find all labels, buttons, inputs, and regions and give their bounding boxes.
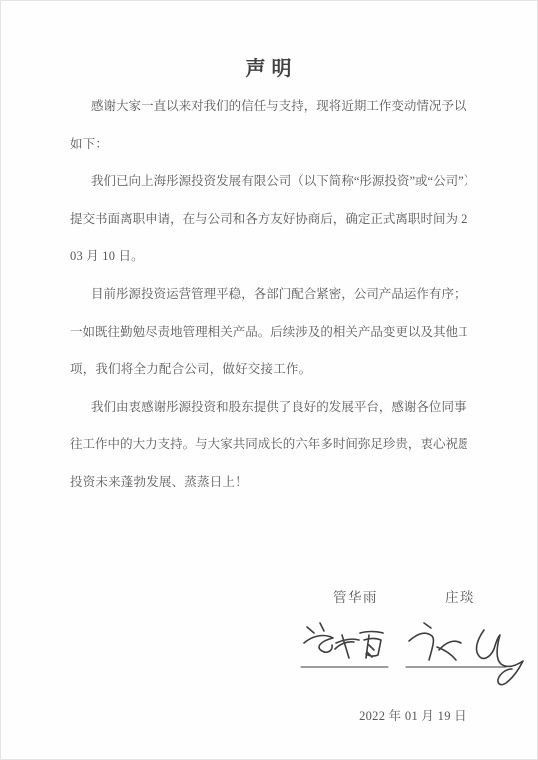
signature-zhuang-yan-image (404, 606, 534, 698)
statement-document-page: 声明 感谢大家一直以来对我们的信任与支持，现将近期工作变动情况予以说明 如下： … (0, 0, 538, 760)
document-title: 声明 (70, 52, 467, 81)
body-line: 03 月 10 日。 (70, 238, 467, 276)
signature-guan-huayu-image (296, 618, 396, 673)
body-line: 目前彤源投资运营管理平稳，各部门配合紧密，公司产品运作有序；我们 (70, 276, 467, 314)
body-line: 往工作中的大力支持。与大家共同成长的六年多时间弥足珍贵，衷心祝愿彤源 (70, 426, 467, 464)
document-date: 2022 年 01 月 19 日 (70, 706, 467, 724)
signer-name-zhuang-yan: 庄琰 (445, 586, 475, 606)
body-line: 项，我们将全力配合公司，做好交接工作。 (70, 351, 467, 389)
body-line: 投资未来蓬勃发展、蒸蒸日上！ (70, 464, 467, 502)
body-line: 我们已向上海彤源投资发展有限公司（以下简称“彤源投资”或“公司”） (70, 163, 467, 201)
body-line: 如下： (70, 126, 467, 164)
body-line: 一如既往勤勉尽责地管理相关产品。后续涉及的相关产品变更以及其他工作事 (70, 314, 467, 352)
body-line: 提交书面离职申请，在与公司和各方友好协商后，确定正式离职时间为 2022 年 (70, 201, 467, 239)
body-line: 感谢大家一直以来对我们的信任与支持，现将近期工作变动情况予以说明 (70, 88, 467, 126)
body-line: 我们由衷感谢彤源投资和股东提供了良好的发展平台，感谢各位同事在以 (70, 389, 467, 427)
signer-name-guan-huayu: 管华雨 (333, 586, 378, 606)
document-body: 感谢大家一直以来对我们的信任与支持，现将近期工作变动情况予以说明 如下： 我们已… (70, 88, 467, 502)
